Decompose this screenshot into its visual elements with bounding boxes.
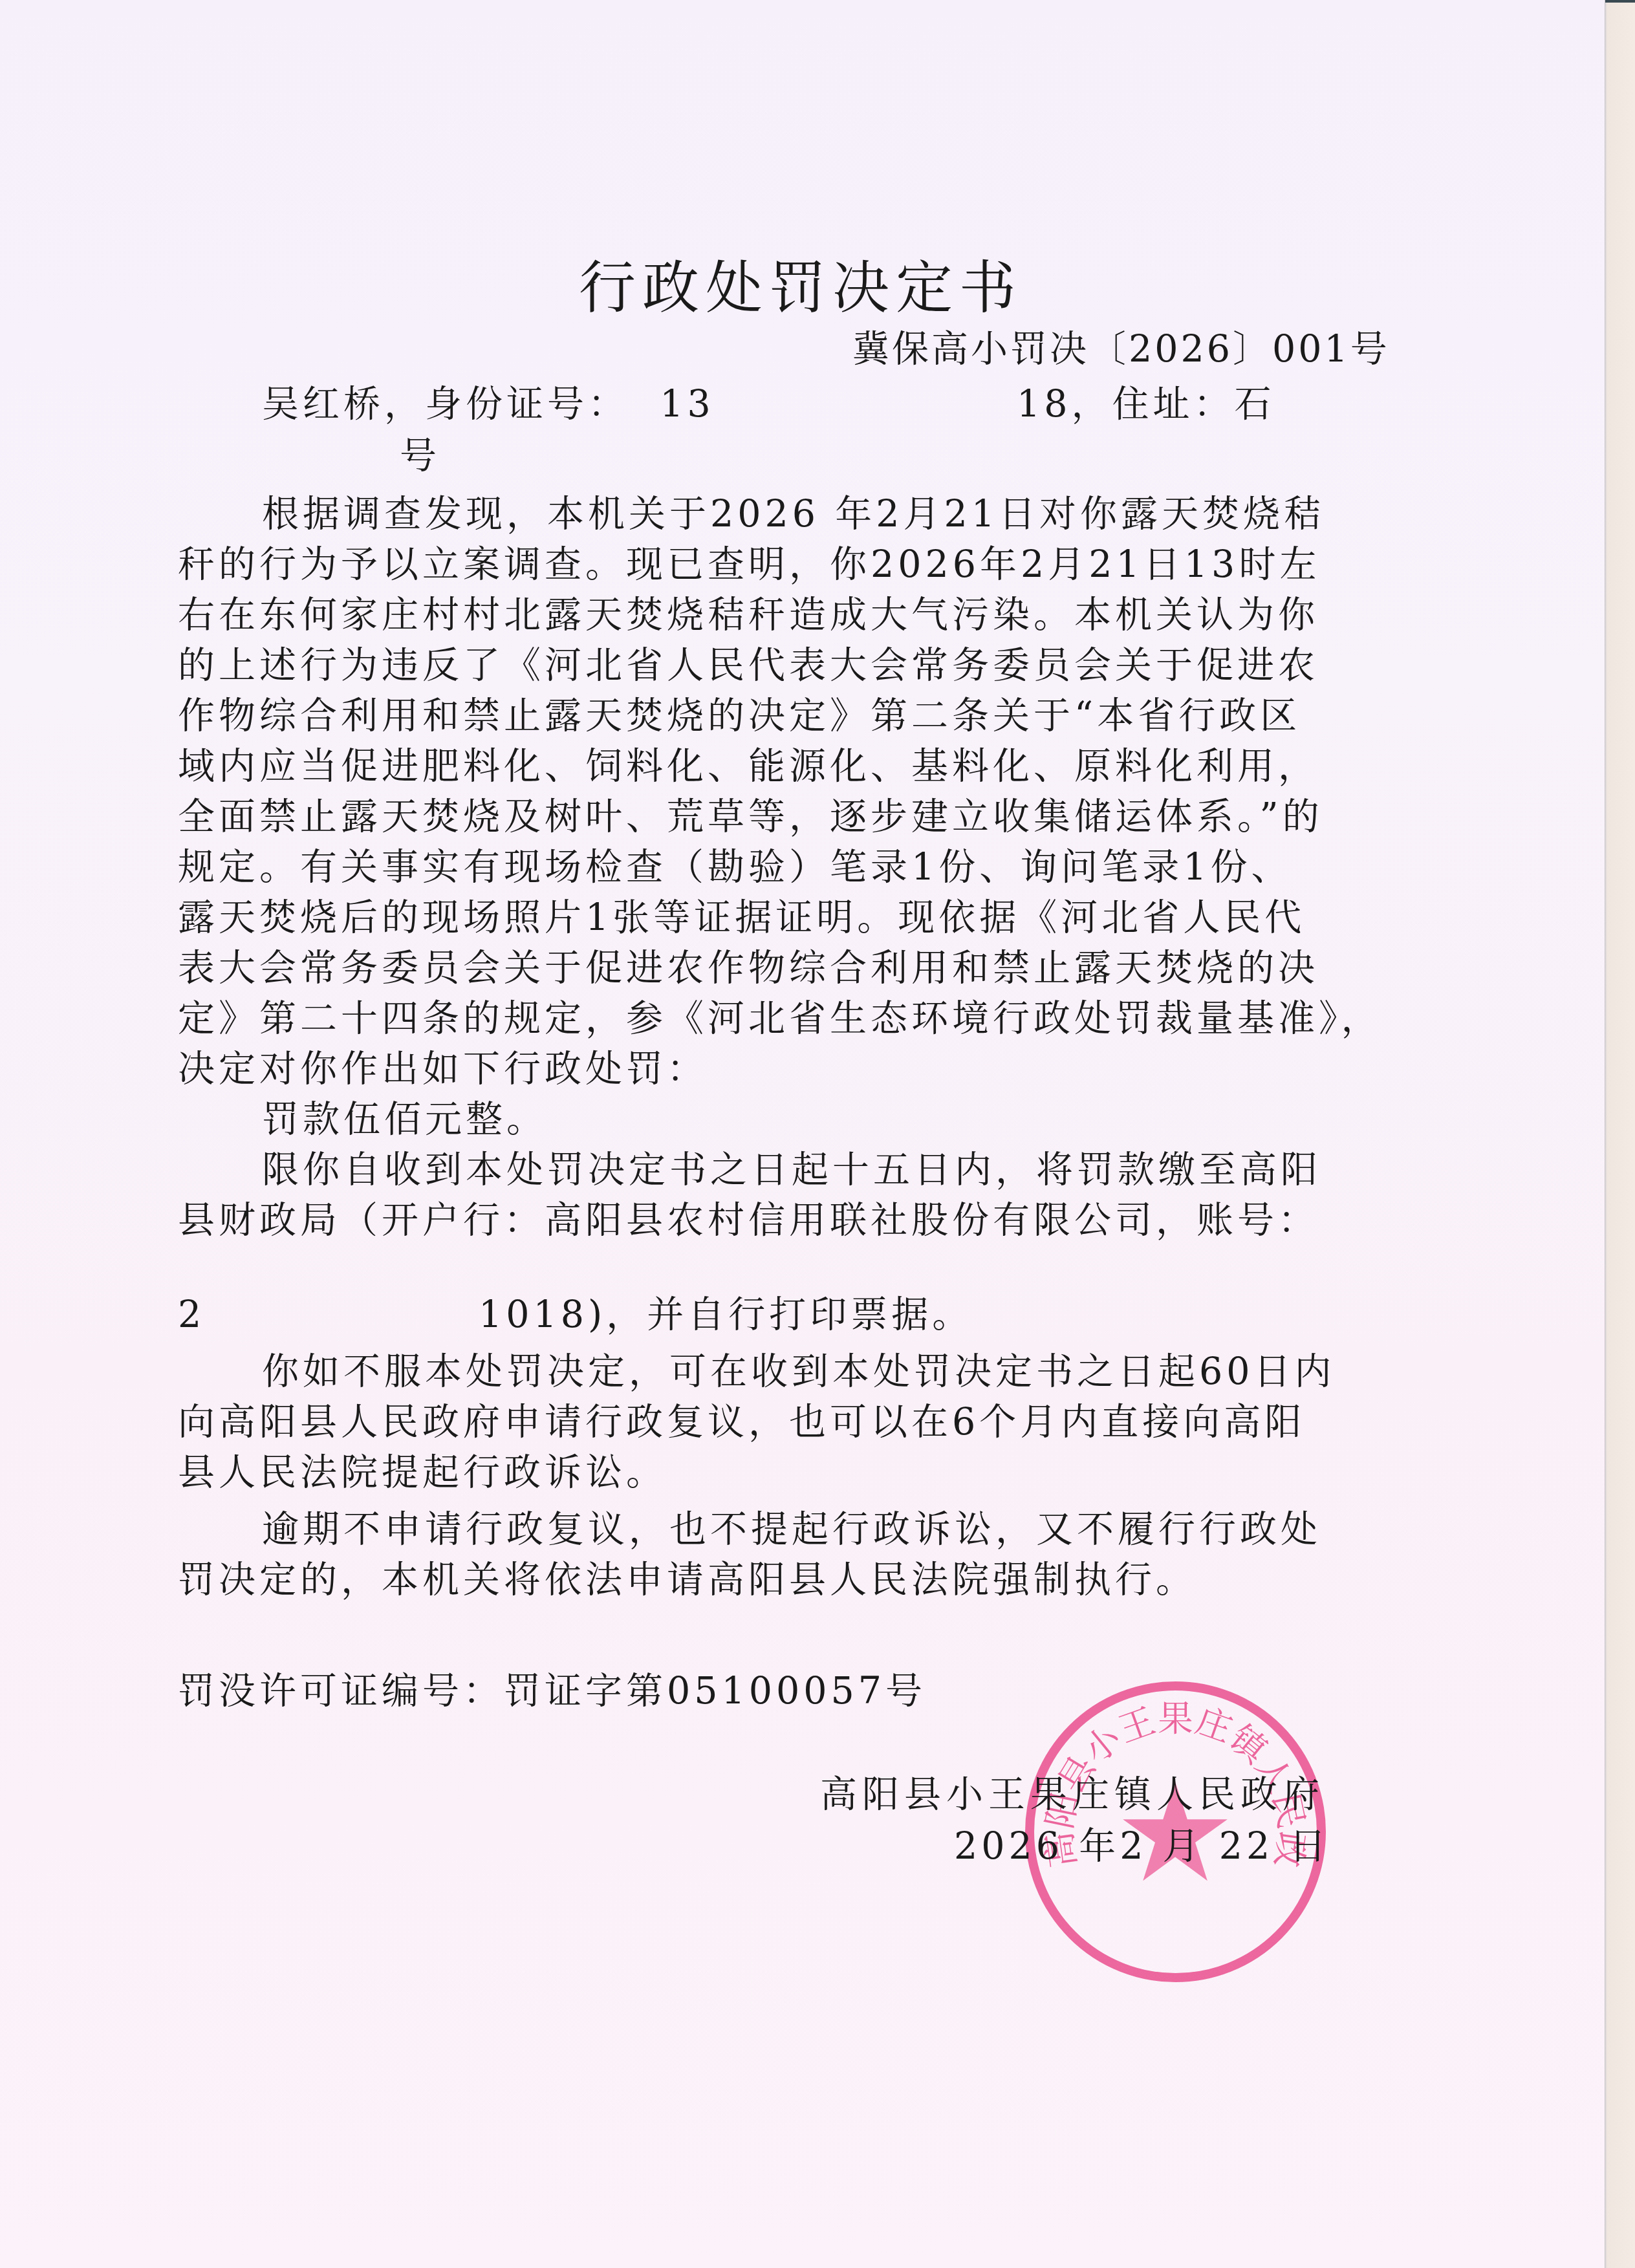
paragraph-line: 你如不服本处罚决定，可在收到本处罚决定书之日起60日内 xyxy=(262,1349,1336,1394)
paragraph-line: 露天焚烧后的现场照片1张等证据证明。现依据《河北省人民代 xyxy=(178,895,1305,940)
permit-number: 罚没许可证编号：罚证字第05100057号 xyxy=(178,1669,926,1714)
issue-date: 2026 年2 月 22 日 xyxy=(954,1824,1330,1869)
paragraph-line: 根据调查发现，本机关于2026 年2月21日对你露天焚烧秸 xyxy=(262,491,1325,537)
paragraph-line: 向高阳县人民政府申请行政复议，也可以在6个月内直接向高阳 xyxy=(178,1399,1305,1445)
account-number-start: 2 xyxy=(178,1292,205,1337)
paragraph-line: 县财政局（开户行：高阳县农村信用联社股份有限公司，账号： xyxy=(178,1198,1319,1243)
scan-edge-strip xyxy=(1605,0,1635,2268)
document-title: 行政处罚决定书 xyxy=(579,255,1023,320)
paragraph-line: 罚决定的，本机关将依法申请高阳县人民法院强制执行。 xyxy=(178,1557,1196,1603)
penalty-amount: 罚款伍佰元整。 xyxy=(262,1097,547,1142)
document-number: 冀保高小罚决〔2026〕001号 xyxy=(852,327,1390,372)
paragraph-line: 右在东何家庄村村北露天焚烧秸秆造成大气污染。本机关认为你 xyxy=(178,592,1319,638)
recipient-line-end: 18，住址：石 xyxy=(1017,382,1275,427)
paragraph-line: 的上述行为违反了《河北省人民代表大会常务委员会关于促进农 xyxy=(178,643,1319,688)
paragraph-line: 逾期不申请行政复议，也不提起行政诉讼，又不履行行政处 xyxy=(262,1507,1321,1552)
issuer-name: 高阳县小王果庄镇人民政府 xyxy=(820,1772,1325,1817)
paragraph-line: 定》第二十四条的规定，参《河北省生态环境行政处罚裁量基准》， xyxy=(178,996,1382,1041)
paragraph-line: 表大会常务委员会关于促进农作物综合利用和禁止露天焚烧的决 xyxy=(178,945,1319,991)
recipient-address-end: 号 xyxy=(400,433,440,479)
paragraph-line: 限你自收到本处罚决定书之日起十五日内，将罚款缴至高阳 xyxy=(262,1147,1321,1193)
paragraph-line: 作物综合利用和禁止露天焚烧的决定》第二条关于“本省行政区 xyxy=(178,693,1301,739)
recipient-line-start: 吴红桥，身份证号： 13 xyxy=(262,382,715,427)
paragraph-line: 规定。有关事实有现场检查（勘验）笔录1份、询问笔录1份、 xyxy=(178,845,1292,890)
paragraph-line: 全面禁止露天焚烧及树叶、荒草等，逐步建立收集储运体系。”的 xyxy=(178,794,1323,839)
paragraph-line: 县人民法院提起行政诉讼。 xyxy=(178,1450,667,1495)
paragraph-line: 域内应当促进肥料化、饲料化、能源化、基料化、原料化利用， xyxy=(178,744,1319,789)
paragraph-line: 决定对你作出如下行政处罚： xyxy=(178,1046,708,1092)
account-number-end: 1018)，并自行打印票据。 xyxy=(479,1292,973,1337)
paragraph-line: 秆的行为予以立案调查。现已查明，你2026年2月21日13时左 xyxy=(178,542,1320,587)
